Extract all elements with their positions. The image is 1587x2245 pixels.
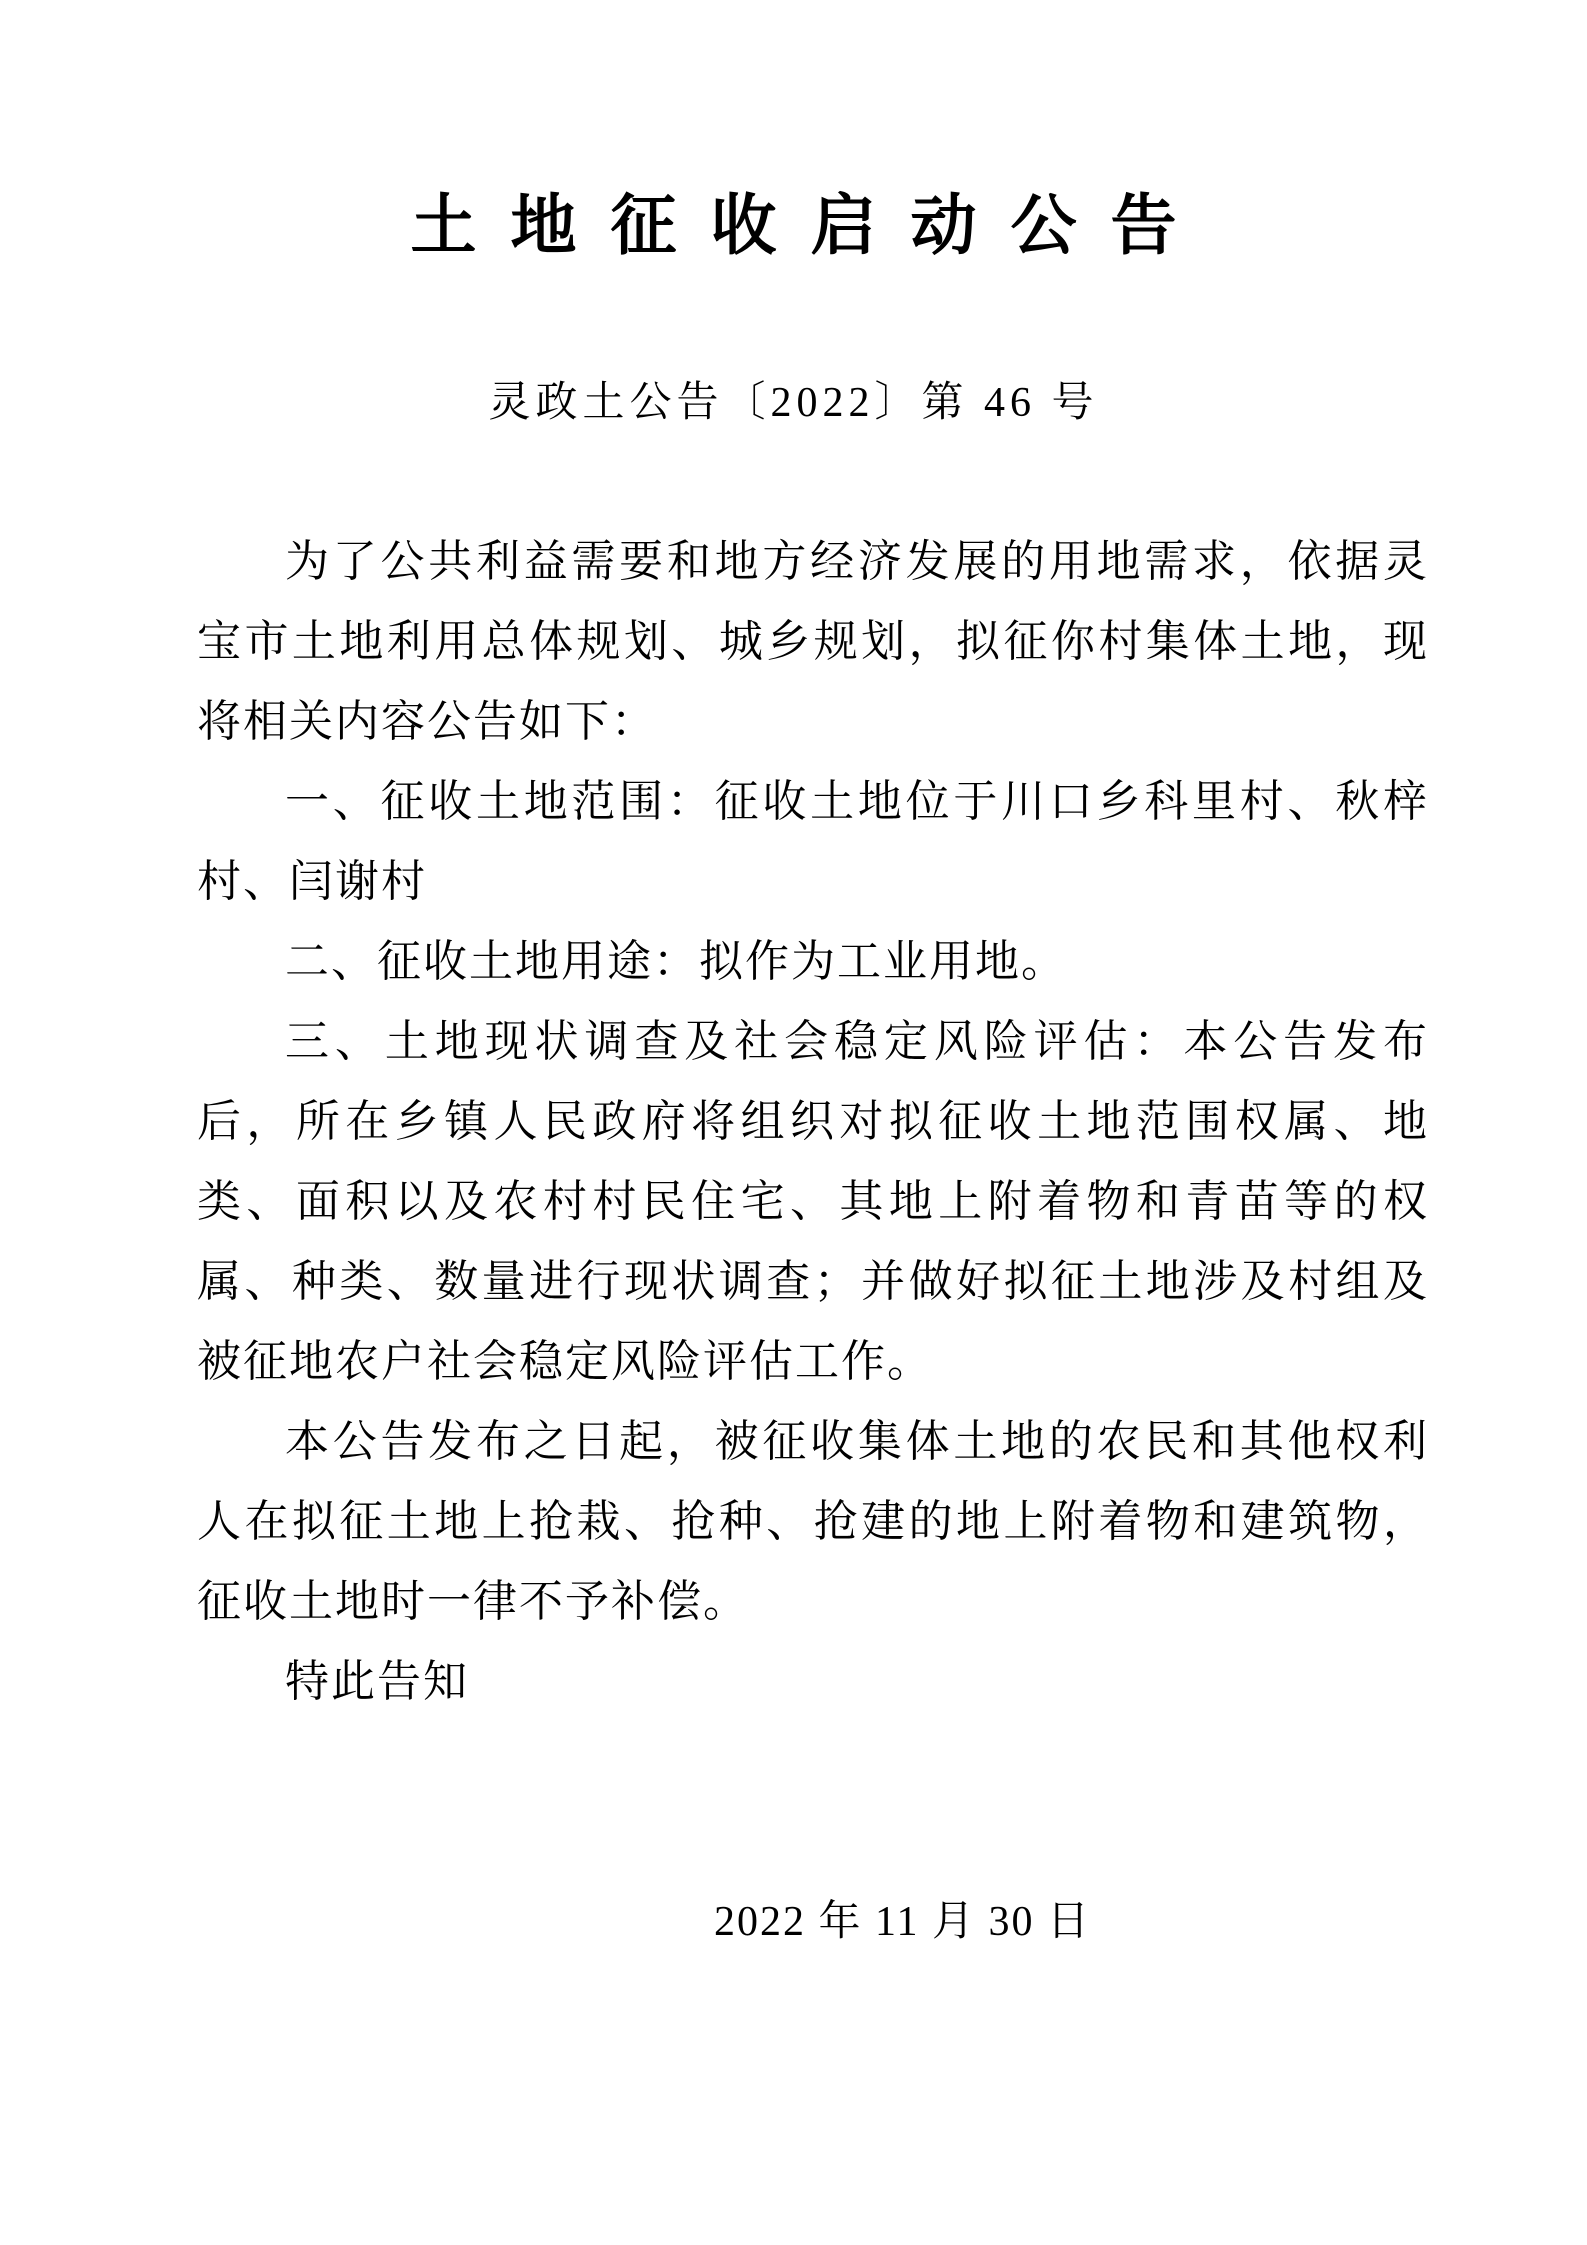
document-title: 土地征收启动公告 bbox=[0, 192, 1587, 262]
document-date: 2022 年 11 月 30 日 bbox=[0, 1882, 1587, 1962]
body-paragraph-intro: 为了公共利益需要和地方经济发展的用地需求，依据灵宝市土地利用总体规划、城乡规划，… bbox=[197, 522, 1429, 762]
document-number: 灵政土公告〔2022〕第 46 号 bbox=[0, 378, 1587, 428]
body-paragraph-notice: 本公告发布之日起，被征收集体土地的农民和其他权利人在拟征土地上抢栽、抢种、抢建的… bbox=[197, 1402, 1429, 1642]
body-paragraph-closing: 特此告知 bbox=[197, 1642, 1429, 1722]
body-paragraph-item-3: 三、土地现状调查及社会稳定风险评估：本公告发布后，所在乡镇人民政府将组织对拟征收… bbox=[197, 1002, 1429, 1402]
body-paragraph-item-2: 二、征收土地用途：拟作为工业用地。 bbox=[197, 922, 1429, 1002]
body-paragraph-item-1: 一、征收土地范围：征收土地位于川口乡科里村、秋梓村、闫谢村 bbox=[197, 762, 1429, 922]
document-body: 为了公共利益需要和地方经济发展的用地需求，依据灵宝市土地利用总体规划、城乡规划，… bbox=[0, 522, 1587, 1722]
document-page: 土地征收启动公告 灵政土公告〔2022〕第 46 号 为了公共利益需要和地方经济… bbox=[0, 0, 1587, 2245]
